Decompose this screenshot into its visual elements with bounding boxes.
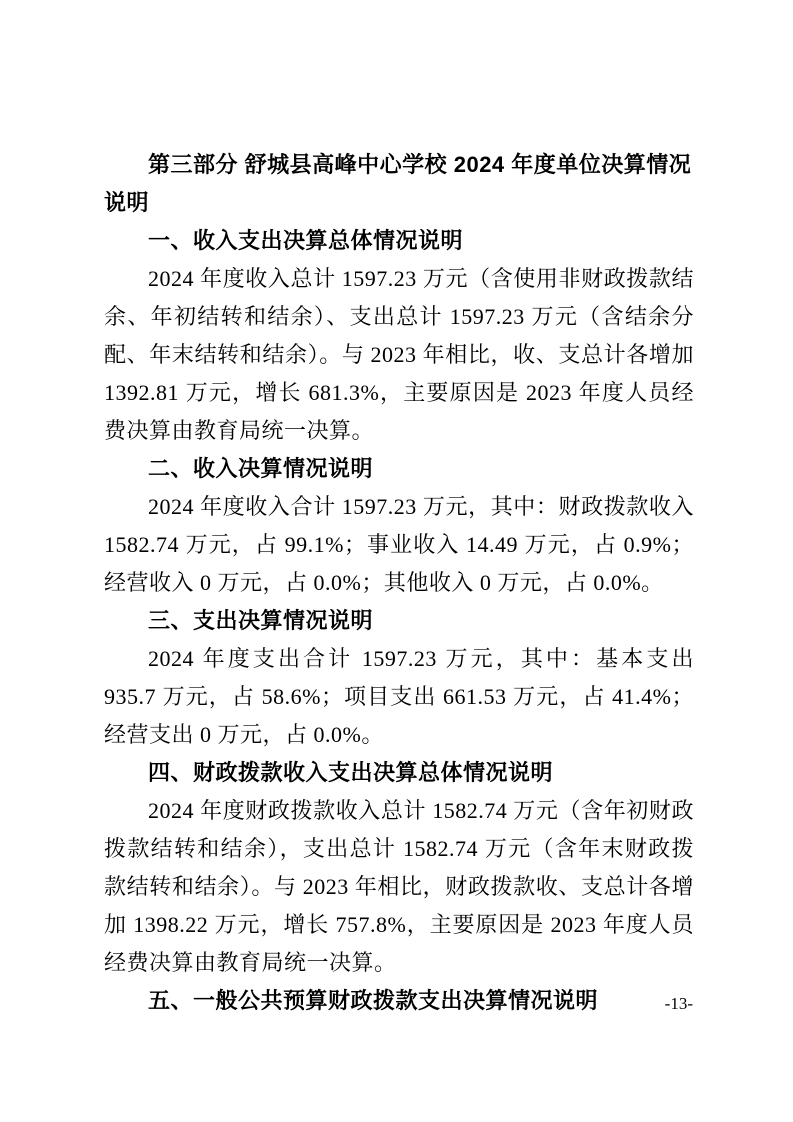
- section-4-heading: 四、财政拨款收入支出决算总体情况说明: [104, 754, 694, 792]
- document-title: 第三部分 舒城县高峰中心学校 2024 年度单位决算情况说明: [104, 146, 694, 222]
- document-body: 第三部分 舒城县高峰中心学校 2024 年度单位决算情况说明 一、收入支出决算总…: [104, 146, 694, 1020]
- section-3-heading: 三、支出决算情况说明: [104, 602, 694, 640]
- page-number: -13-: [665, 994, 693, 1014]
- section-3-paragraph-1: 2024 年度支出合计 1597.23 万元，其中：基本支出 935.7 万元，…: [104, 640, 694, 754]
- section-2-paragraph-1: 2024 年度收入合计 1597.23 万元，其中：财政拨款收入 1582.74…: [104, 488, 694, 602]
- section-4-paragraph-1: 2024 年度财政拨款收入总计 1582.74 万元（含年初财政拨款结转和结余）…: [104, 792, 694, 982]
- section-1-heading: 一、收入支出决算总体情况说明: [104, 222, 694, 260]
- document-page: 第三部分 舒城县高峰中心学校 2024 年度单位决算情况说明 一、收入支出决算总…: [0, 0, 793, 1122]
- section-1-paragraph-1: 2024 年度收入总计 1597.23 万元（含使用非财政拨款结余、年初结转和结…: [104, 260, 694, 450]
- section-5-heading: 五、一般公共预算财政拨款支出决算情况说明: [104, 982, 694, 1020]
- section-2-heading: 二、收入决算情况说明: [104, 450, 694, 488]
